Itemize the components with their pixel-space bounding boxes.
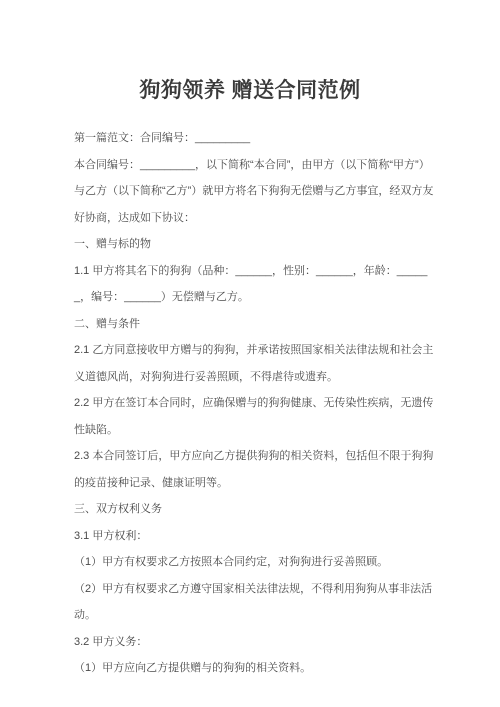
clause-2-2: 2.2 甲方在签订本合同时，应确保赠与的狗狗健康、无传染性疾病，无遗传性缺陷。	[74, 390, 436, 443]
clause-3-1-item-1: （1）甲方有权要求乙方按照本合同约定，对狗狗进行妥善照顾。	[74, 549, 436, 576]
document-body: 第一篇范文：合同编号：_________ 本合同编号：_________，以下简…	[74, 125, 436, 682]
preamble: 本合同编号：_________，以下简称“本合同”，由甲方（以下简称“甲方”）与…	[74, 152, 436, 232]
intro-line: 第一篇范文：合同编号：_________	[74, 125, 436, 152]
contract-document-page: 狗狗领养 赠送合同范例 第一篇范文：合同编号：_________ 本合同编号：_…	[0, 0, 500, 707]
clause-3-1-item-2: （2）甲方有权要求乙方遵守国家相关法律法规，不得利用狗狗从事非法活动。	[74, 576, 436, 629]
clause-3-1: 3.1 甲方权利：	[74, 523, 436, 550]
clause-3-2: 3.2 甲方义务：	[74, 629, 436, 656]
section-2-heading: 二、赠与条件	[74, 311, 436, 338]
clause-2-3: 2.3 本合同签订后，甲方应向乙方提供狗狗的相关资料，包括但不限于狗狗的疫苗接种…	[74, 443, 436, 496]
clause-1-1: 1.1 甲方将其名下的狗狗（品种：______，性别：______，年龄：___…	[74, 258, 436, 311]
document-title: 狗狗领养 赠送合同范例	[0, 76, 500, 106]
section-1-heading: 一、赠与标的物	[74, 231, 436, 258]
clause-2-1: 2.1 乙方同意接收甲方赠与的狗狗，并承诺按照国家相关法律法规和社会主义道德风尚…	[74, 337, 436, 390]
clause-3-2-item-1: （1）甲方应向乙方提供赠与的狗狗的相关资料。	[74, 655, 436, 682]
section-3-heading: 三、双方权利义务	[74, 496, 436, 523]
